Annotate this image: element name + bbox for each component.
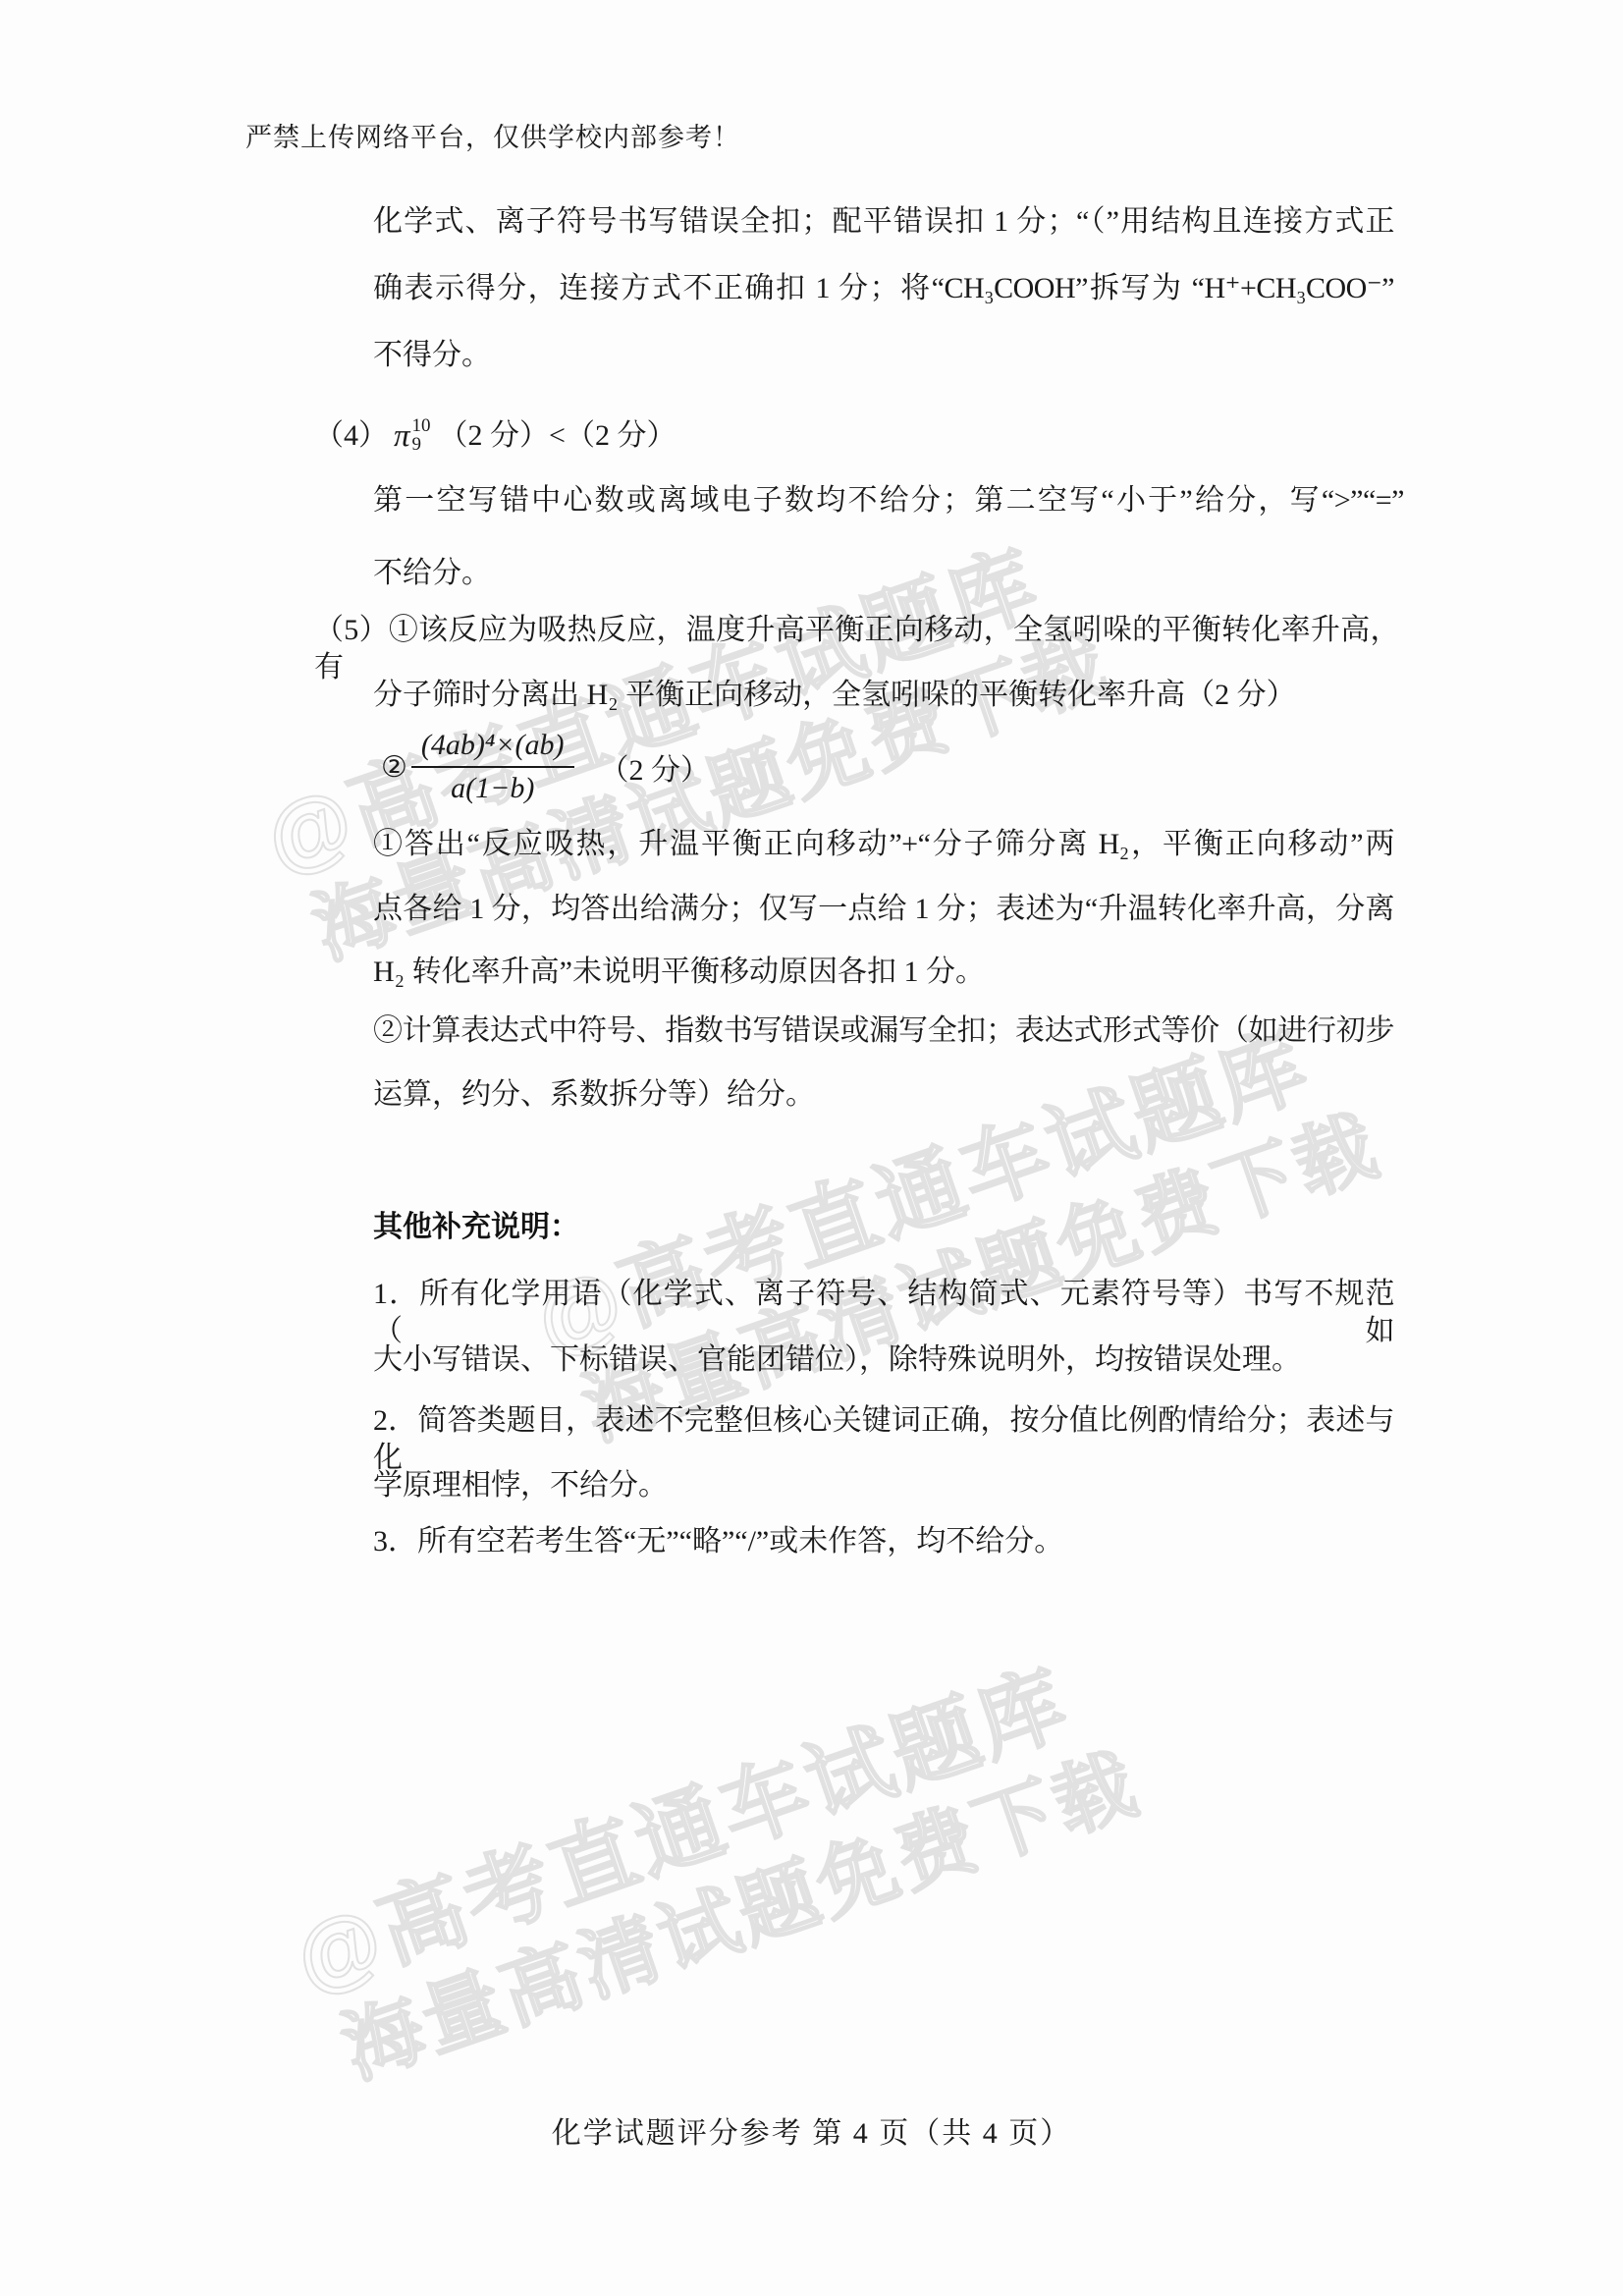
fraction: (4ab)⁴×(ab) a(1−b) — [411, 729, 574, 805]
supplement-item-2-line-1: 2．简答类题目，表述不完整但核心关键词正确，按分值比例酌情给分；表述与化 — [373, 1402, 1394, 1477]
exam-grading-reference-page: { "header": { "notice": "严禁上传网络平台，仅供学校内部… — [0, 0, 1623, 2296]
fraction-denominator: a(1−b) — [451, 768, 534, 805]
supplement-item-1-line-1: 1．所有化学用语（化学式、离子符号、结构简式、元素符号等）书写不规范（如 — [373, 1276, 1394, 1350]
item5-formula-line: ② (4ab)⁴×(ab) a(1−b) （2 分） — [381, 729, 710, 805]
item5-note-line-4: ②计算表达式中符号、指数书写错误或漏写全扣；表达式形式等价（如进行初步 — [373, 1012, 1394, 1050]
page-footer: 化学试题评分参考 第 4 页（共 4 页） — [0, 2108, 1623, 2152]
item5-answer-line-2: 分子筛时分离出 H₂ 平衡正向移动，全氢吲哚的平衡转化率升高（2 分） — [373, 677, 1296, 714]
grading-rule-line-2: 确表示得分，连接方式不正确扣 1 分；将“CH₃COOH”拆写为 “H⁺+CH₃… — [373, 270, 1394, 307]
supplement-item-3: 3．所有空若考生答“无”“略”“/”或未作答，均不给分。 — [373, 1523, 1063, 1560]
item4-note-line-1: 第一空写错中心数或离域电子数均不给分；第二空写“小于”给分，写“>”“=” — [373, 482, 1404, 519]
pi-subscript: 9 — [412, 435, 431, 454]
watermark-cluster-middle: @高考直通车试题库 海量高清试题免费下载 — [525, 1008, 1389, 1458]
supplement-item-1-line-2: 大小写错误、下标错误、官能团错位），除特殊说明外，均按错误处理。 — [373, 1341, 1301, 1379]
circled-two-marker: ② — [381, 750, 407, 785]
fraction-numerator: (4ab)⁴×(ab) — [411, 729, 574, 768]
pi-superscript: 10 — [412, 416, 431, 435]
item4-answer-line: （4） π 10 9 （2 分）<（2 分） — [314, 417, 676, 455]
pi-superscript-subscript: 10 9 — [412, 416, 431, 454]
supplement-title: 其他补充说明： — [373, 1209, 579, 1246]
supplement-item-2-line-2: 学原理相悖，不给分。 — [373, 1467, 668, 1504]
pi-notation: π — [394, 417, 410, 455]
item5-note-line-3: H₂ 转化率升高”未说明平衡移动原因各扣 1 分。 — [373, 954, 985, 991]
item4-score-text: （2 分）<（2 分） — [439, 417, 676, 455]
item4-note-line-2: 不给分。 — [373, 555, 491, 592]
watermark-text: 海量高清试题免费下载 — [334, 1744, 1149, 2091]
item5-note-line-5: 运算，约分、系数拆分等）给分。 — [373, 1076, 815, 1114]
item5-note-line-1: ①答出“反应吸热，升温平衡正向移动”+“分子筛分离 H₂，平衡正向移动”两 — [373, 826, 1394, 863]
grading-rule-line-1: 化学式、离子符号书写错误全扣；配平错误扣 1 分；“（”用结构且连接方式正 — [373, 203, 1394, 241]
watermark-text: @高考直通车试题库 — [285, 1646, 1116, 2004]
item4-marker: （4） — [314, 417, 388, 455]
item5-note-line-2: 点各给 1 分，均答出给满分；仅写一点给 1 分；表述为“升温转化率升高，分离 — [373, 891, 1394, 928]
formula-score-text: （2 分） — [600, 745, 711, 789]
grading-rule-line-3: 不得分。 — [373, 337, 491, 374]
item5-answer-line-1: （5）①该反应为吸热反应，温度升高平衡正向移动，全氢吲哚的平衡转化率升高，有 — [314, 612, 1399, 686]
watermark-cluster-bottom: @高考直通车试题库 海量高清试题免费下载 — [285, 1646, 1149, 2097]
confidentiality-notice: 严禁上传网络平台，仅供学校内部参考！ — [245, 116, 740, 154]
